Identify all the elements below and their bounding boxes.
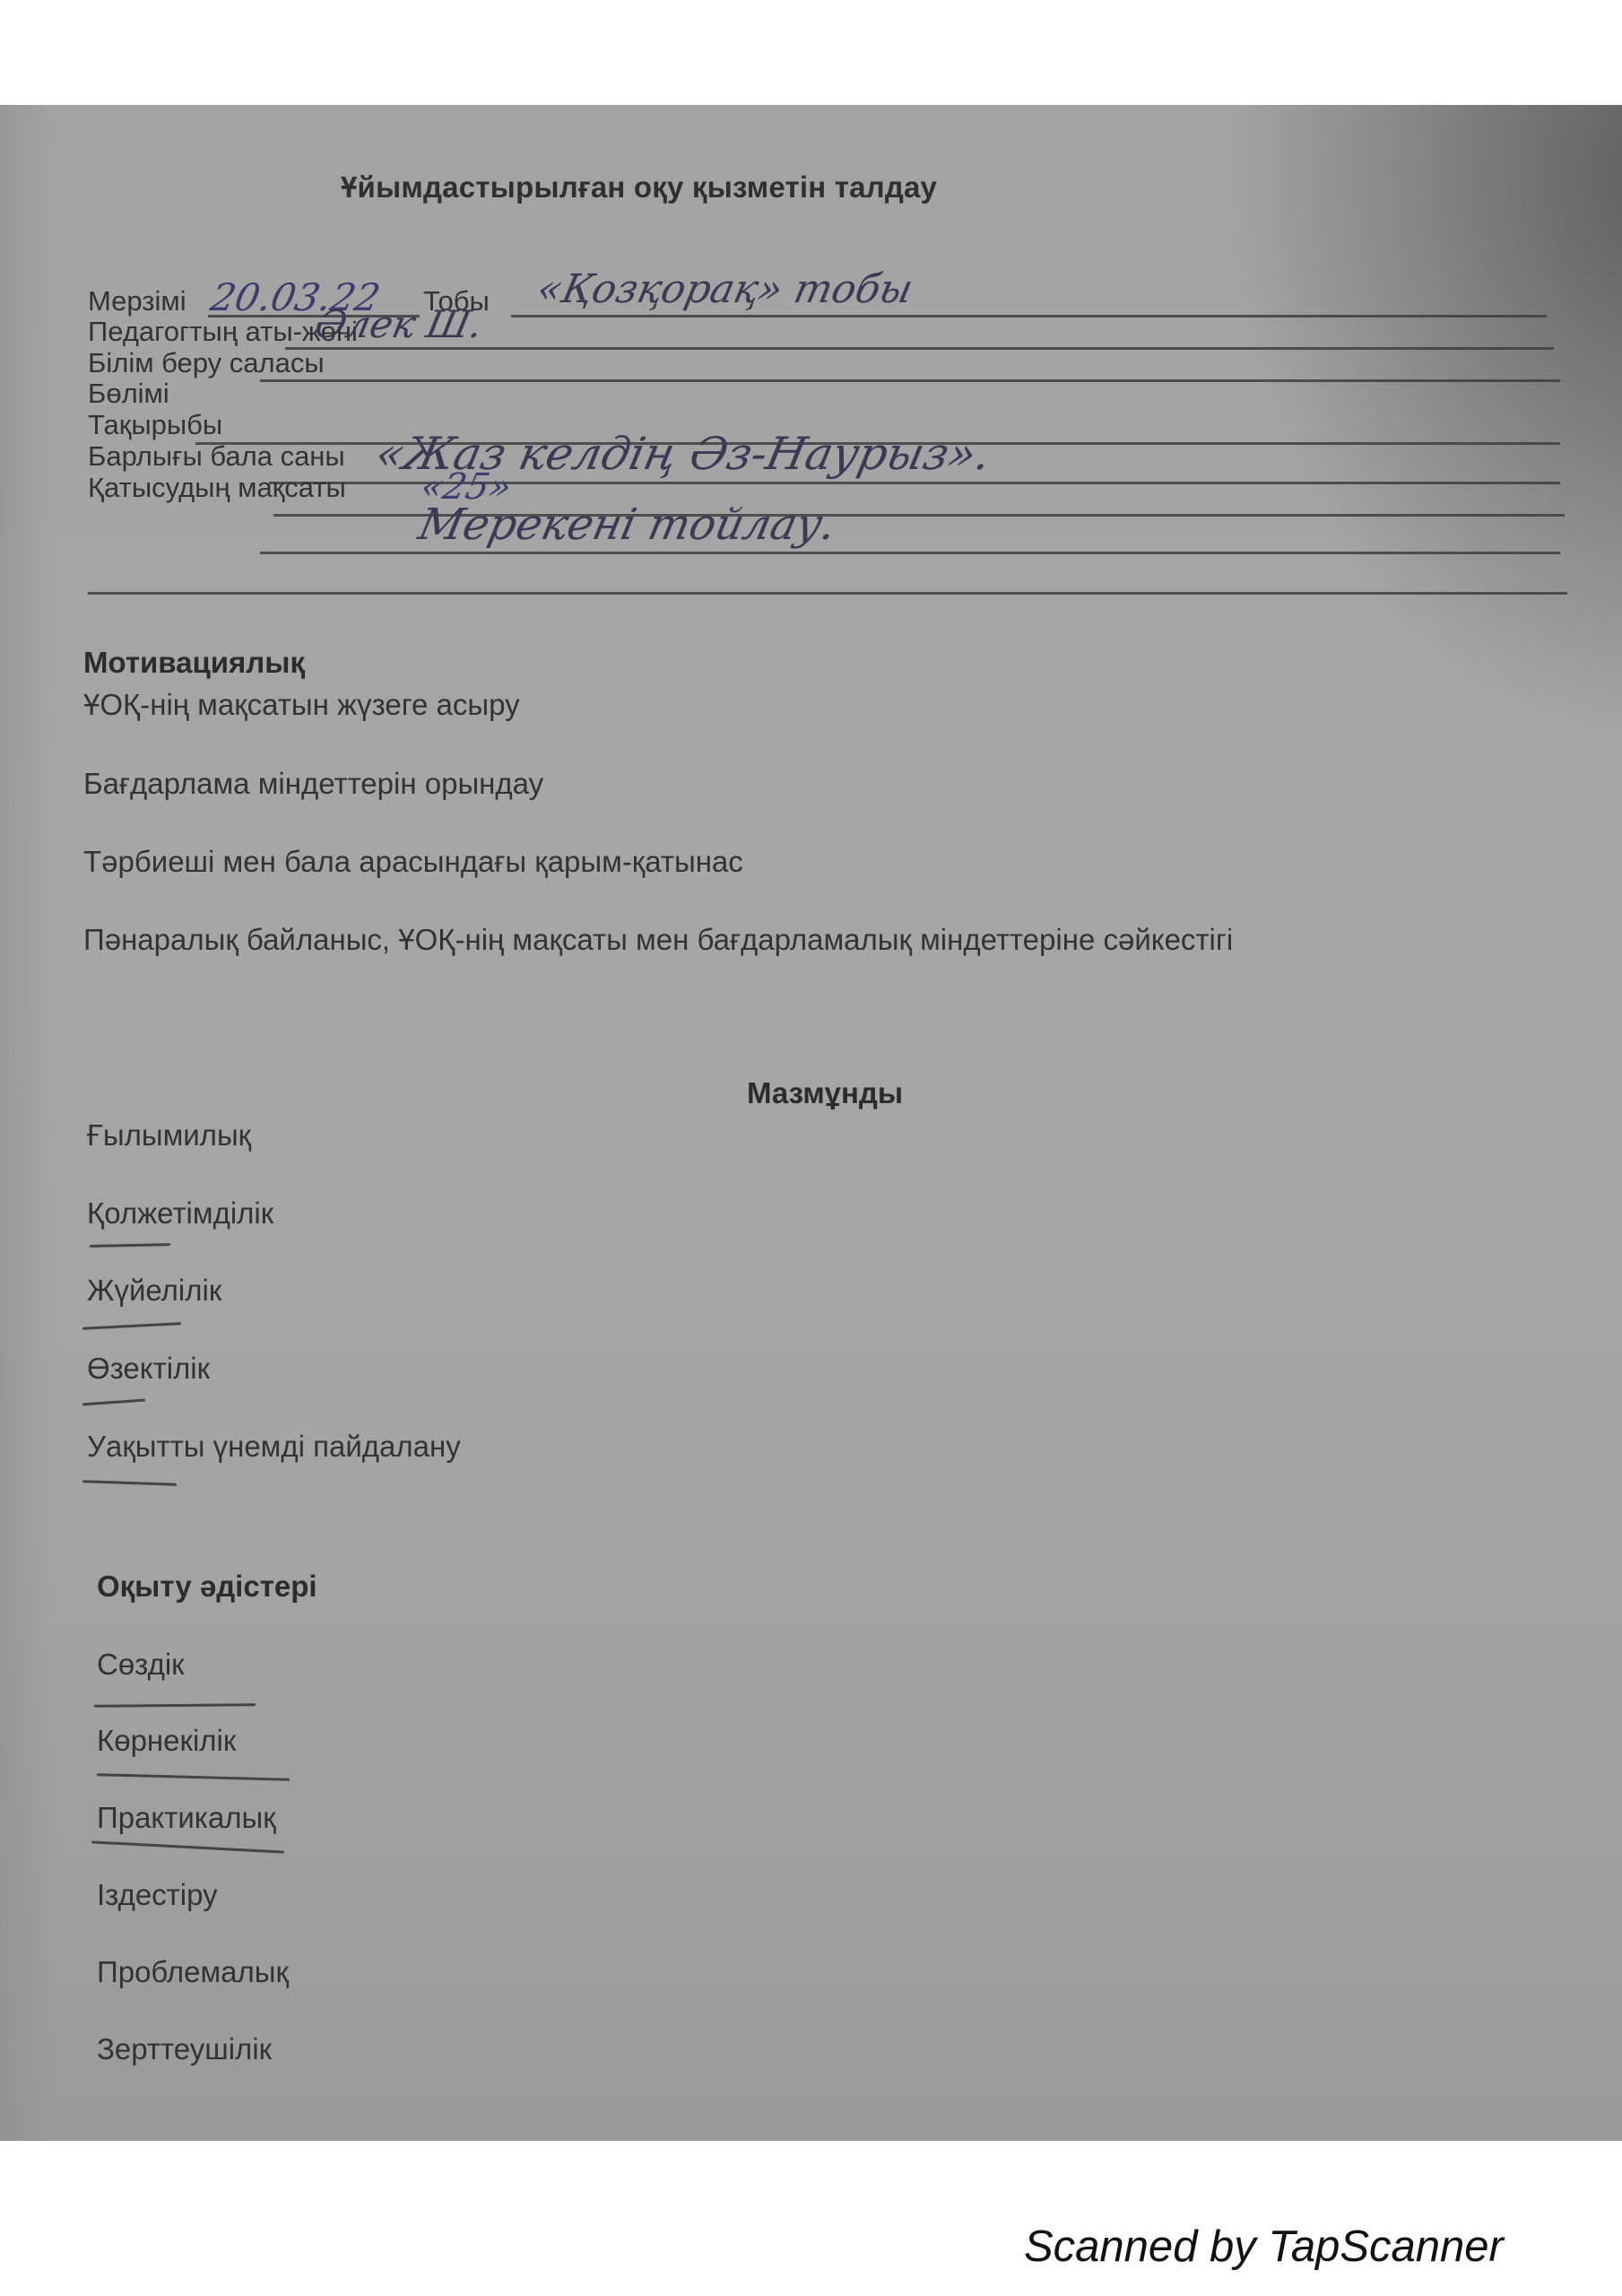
- field-line-education-area: [260, 379, 1560, 382]
- field-value-purpose: Мерекені тойлау.: [414, 500, 840, 550]
- field-label-children-count: Барлығы бала саны: [88, 442, 345, 470]
- handwritten-underline: [82, 1322, 181, 1330]
- content-item: Өзектілік: [87, 1352, 210, 1386]
- scanned-page: Ұйымдастырылған оқу қызметін талдау Мерз…: [0, 105, 1622, 2141]
- field-label-date: Мерзімі: [88, 287, 186, 315]
- field-line-teacher: [285, 347, 1554, 350]
- section-heading-methods: Оқыту әдістері: [97, 1570, 317, 1604]
- field-value-teacher: Әлек Ш.: [311, 302, 487, 346]
- content-item: Жүйелілік: [87, 1274, 221, 1308]
- handwritten-underline: [82, 1480, 177, 1486]
- content-item: Уақытты үнемді пайдалану: [87, 1430, 461, 1464]
- content-item: Қолжетімділік: [87, 1196, 273, 1231]
- handwritten-underline: [90, 1243, 170, 1248]
- section-heading-content: Мазмұнды: [747, 1076, 903, 1110]
- method-item: Практикалық: [97, 1801, 276, 1835]
- content-item: Ғылымилық: [87, 1118, 251, 1152]
- motivation-item: ҰОҚ-нің мақсатын жүзеге асыру: [83, 688, 520, 722]
- handwritten-underline: [94, 1703, 256, 1708]
- field-line-purpose: [260, 552, 1560, 554]
- motivation-item: Тәрбиеші мен бала арасындағы қарым-қатын…: [83, 845, 743, 879]
- handwritten-underline: [97, 1773, 290, 1781]
- blank-line: [88, 592, 1567, 595]
- section-heading-motivation: Мотивациялық: [83, 646, 305, 680]
- method-item: Көрнекілік: [97, 1724, 236, 1758]
- field-label-education-area: Білім беру саласы: [88, 349, 325, 377]
- motivation-item: Бағдарлама міндеттерін орындау: [83, 767, 543, 801]
- document-title: Ұйымдастырылған оқу қызметін талдау: [341, 170, 937, 204]
- handwritten-underline: [91, 1840, 284, 1853]
- field-label-section: Бөлімі: [88, 379, 169, 407]
- method-item: Зерттеушілік: [97, 2032, 272, 2066]
- field-label-purpose: Қатысудың мақсаты: [88, 474, 346, 501]
- method-item: Проблемалық: [97, 1955, 289, 1989]
- field-line-group: [511, 315, 1547, 317]
- handwritten-underline: [82, 1399, 145, 1406]
- field-label-topic: Тақырыбы: [88, 411, 222, 439]
- motivation-item: Пәнаралық байланыс, ҰОҚ-нің мақсаты мен …: [83, 923, 1233, 957]
- method-item: Сөздік: [97, 1648, 185, 1682]
- scanner-watermark: Scanned by TapScanner: [1024, 2222, 1504, 2272]
- method-item: Іздестіру: [97, 1878, 218, 1912]
- field-value-group: «Қозқорақ» тобы: [533, 266, 917, 312]
